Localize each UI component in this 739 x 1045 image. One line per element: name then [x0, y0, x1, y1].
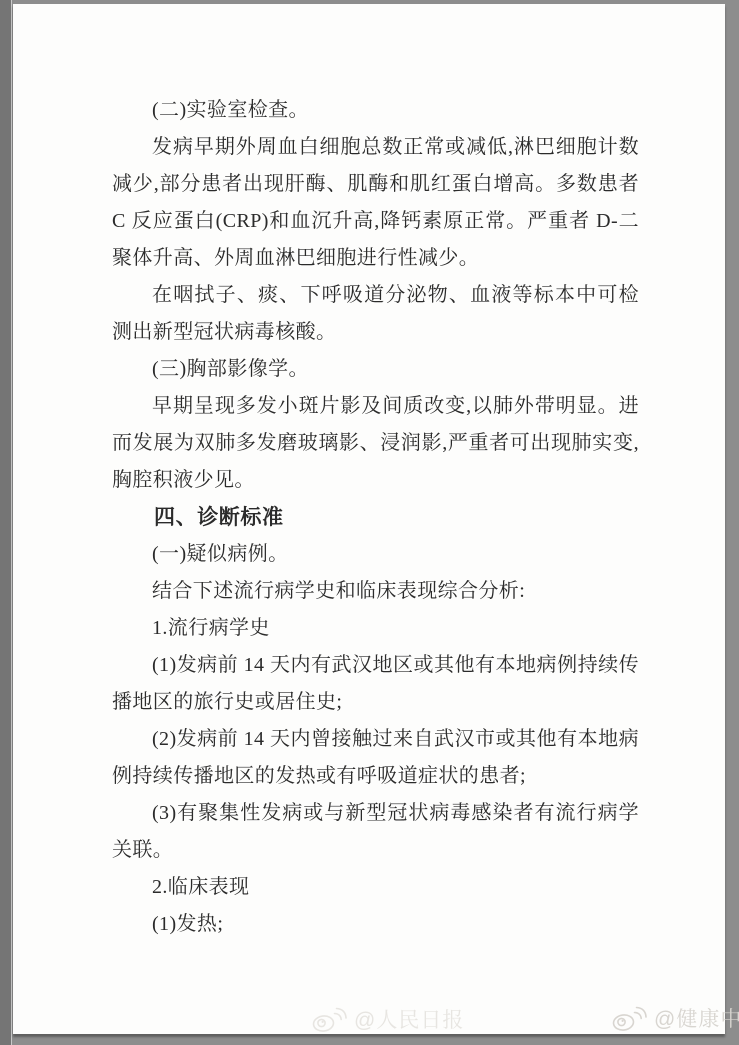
scan-left-edge [0, 0, 12, 1045]
paragraph-epidemiology-item3: (3)有聚集性发病或与新型冠状病毒感染者有流行病学关联。 [112, 795, 639, 869]
paragraph-imaging-findings: 早期呈现多发小斑片影及间质改变,以肺外带明显。进而发展为双肺多发磨玻璃影、浸润影… [112, 388, 639, 499]
screenshot-root: (二)实验室检查。 发病早期外周血白细胞总数正常或减低,淋巴细胞计数减少,部分患… [0, 0, 739, 1045]
paragraph-clinical-title: 2.临床表现 [112, 869, 639, 906]
weibo-icon [611, 1003, 647, 1033]
watermark-healthy-china: @健康中国 [611, 1003, 739, 1033]
watermark-label: @健康中国 [654, 1003, 739, 1033]
paragraph-blood-findings: 发病早期外周血白细胞总数正常或减低,淋巴细胞计数减少,部分患者出现肝酶、肌酶和肌… [112, 129, 639, 277]
paragraph-epidemiology-item1: (1)发病前 14 天内有武汉地区或其他有本地病例持续传播地区的旅行史或居住史; [112, 647, 639, 721]
paragraph-clinical-item1: (1)发热; [112, 906, 639, 943]
paragraph-lab-exam-title: (二)实验室检查。 [112, 92, 639, 129]
document-page: (二)实验室检查。 发病早期外周血白细胞总数正常或减低,淋巴细胞计数减少,部分患… [13, 4, 725, 1034]
weibo-icon [311, 1004, 347, 1034]
paragraph-epidemiology-title: 1.流行病学史 [112, 610, 639, 647]
watermark-label: @人民日报 [354, 1004, 464, 1034]
paragraph-combined-analysis: 结合下述流行病学史和临床表现综合分析: [112, 573, 639, 610]
watermark-peoples-daily: @人民日报 [311, 1004, 464, 1034]
document-body: (二)实验室检查。 发病早期外周血白细胞总数正常或减低,淋巴细胞计数减少,部分患… [13, 4, 725, 943]
paragraph-suspected-case: (一)疑似病例。 [112, 536, 639, 573]
paragraph-epidemiology-item2: (2)发病前 14 天内曾接触过来自武汉市或其他有本地病例持续传播地区的发热或有… [112, 721, 639, 795]
section-heading-diagnosis-criteria: 四、诊断标准 [112, 499, 639, 536]
paragraph-chest-imaging-title: (三)胸部影像学。 [112, 351, 639, 388]
paragraph-nucleic-acid: 在咽拭子、痰、下呼吸道分泌物、血液等标本中可检测出新型冠状病毒核酸。 [112, 277, 639, 351]
